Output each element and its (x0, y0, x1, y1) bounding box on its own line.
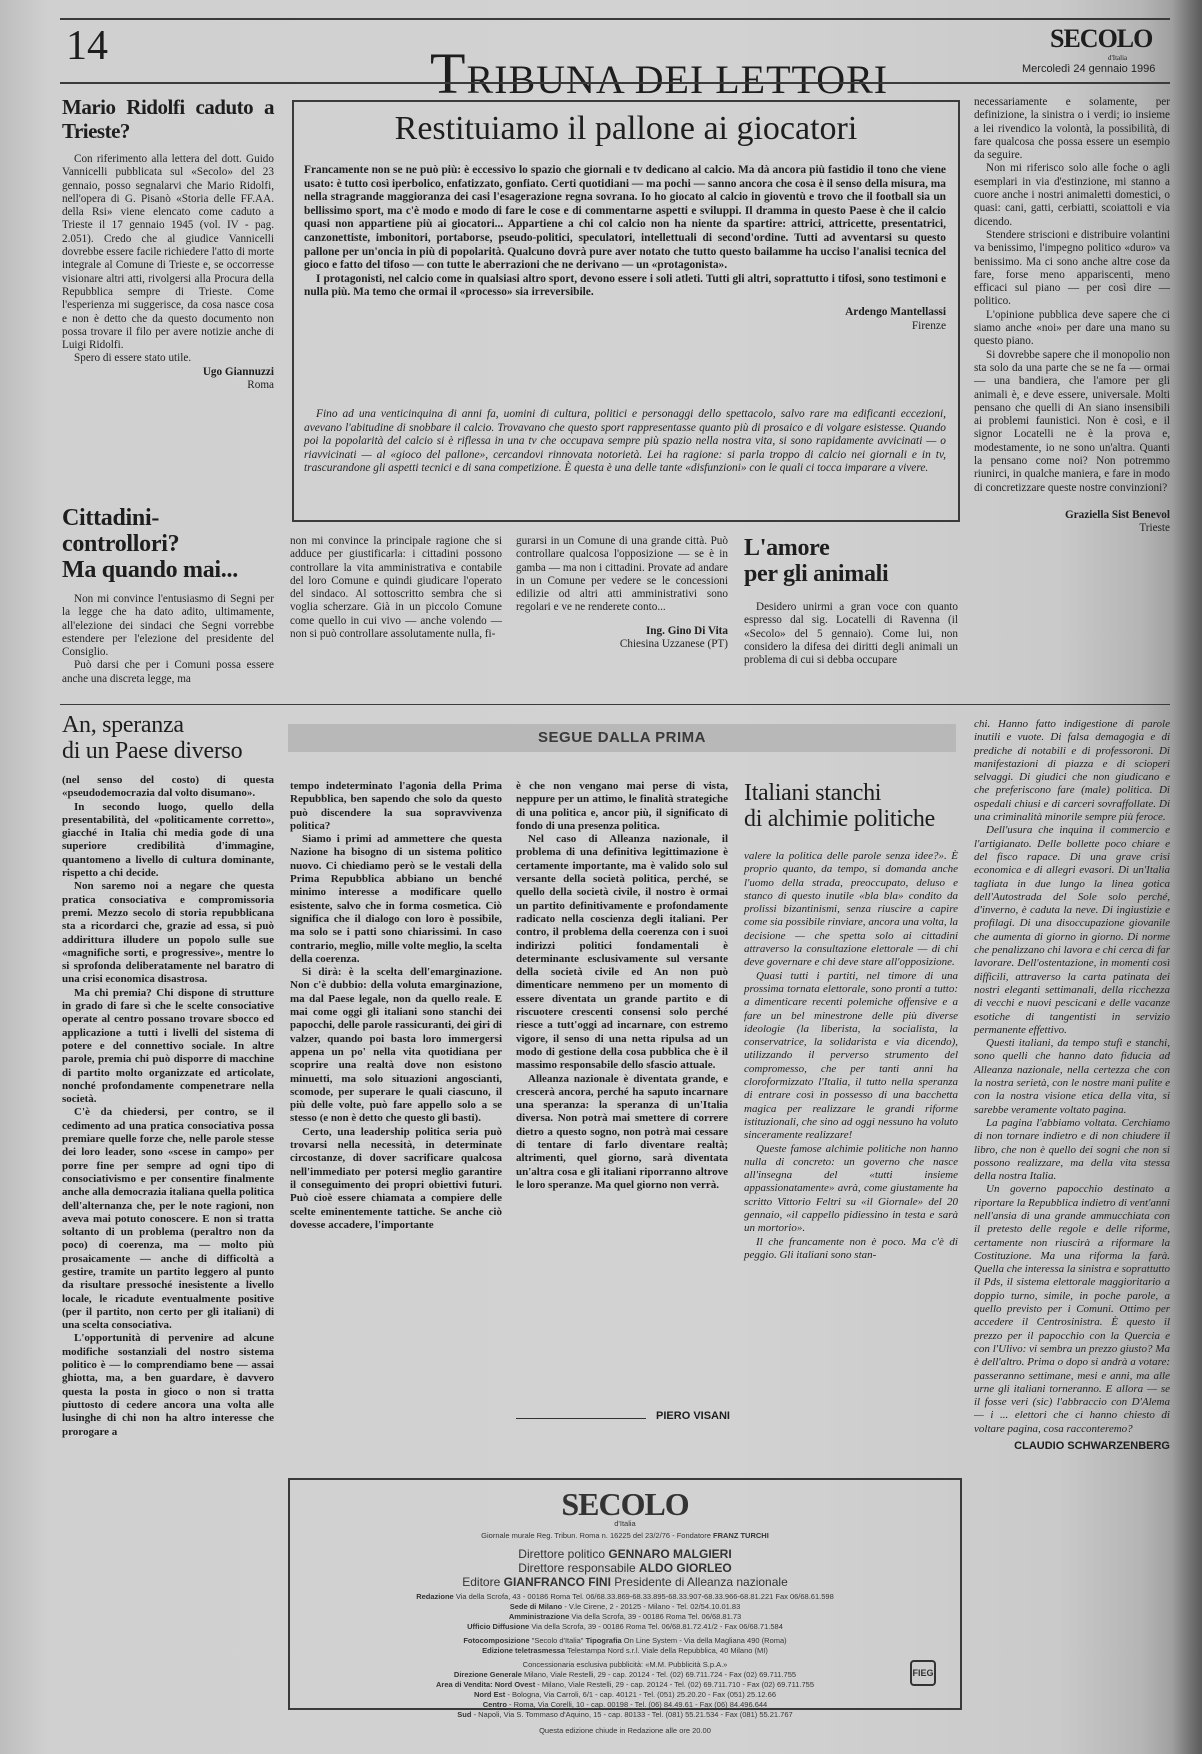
editor-reply: Fino ad una venticinquina di anni fa, uo… (304, 408, 946, 476)
imprint-closing: Questa edizione chiude in Redazione alle… (290, 1726, 960, 1736)
article-paragraph: (nel senso del costo) di questa «pseudod… (62, 774, 274, 801)
letter-place: Chiesina Uzzanese (PT) (516, 638, 728, 651)
article-paragraph: C'è da chiedersi, per contro, se il cedi… (62, 1106, 274, 1332)
article-paragraph: Certo, una leadership politica seria può… (290, 1126, 502, 1232)
imprint-print-line: Fotocomposizione "Secolo d'Italia" Tipog… (290, 1636, 960, 1646)
imprint-print-line: Edizione teletrasmessa Telestampa Nord s… (290, 1646, 960, 1656)
letter-paragraph: L'opinione pubblica deve sapere che ci s… (974, 309, 1170, 349)
imprint-ads-line: Direzione Generale Milano, Viale Restell… (290, 1670, 960, 1680)
letter-paragraph: Si dovrebbe sapere che il monopolio non … (974, 349, 1170, 495)
letter-paragraph: Con riferimento alla lettera del dott. G… (62, 153, 274, 352)
article-paragraph: Il che francamente non è poco. Ma c'è di… (744, 1236, 958, 1263)
imprint-address-line: Ufficio Diffusione Via della Scrofa, 39 … (290, 1622, 960, 1632)
article-paragraph: L'opportunità di pervenire ad alcune mod… (62, 1332, 274, 1438)
letter-animali-col2: necessariamente e solamente, per definiz… (974, 96, 1170, 536)
article-an-col2: tempo indeterminato l'agonia della Prima… (290, 780, 502, 1232)
article-paragraph: Ma chi premia? Chi dispone di strutture … (62, 987, 274, 1107)
header-bottom-rule (60, 82, 1170, 84)
article-paragraph: è che non vengano mai perse di vista, ne… (516, 780, 728, 833)
imprint-ads: Concessionaria esclusiva pubblicità: «M.… (290, 1660, 960, 1720)
letter-signature: Ugo Giannuzzi (62, 366, 274, 379)
letter-paragraph: Non mi riferisco solo alle foche o agli … (974, 162, 1170, 228)
imprint-address-line: Amministrazione Via della Scrofa, 39 - 0… (290, 1612, 960, 1622)
letter-animali-col1: L'amore per gli animali Desidero unirmi … (744, 535, 958, 667)
masthead-logo: SECOLO (1050, 24, 1152, 54)
header-top-rule (60, 18, 1170, 20)
imprint-ads-intro: Concessionaria esclusiva pubblicità: «M.… (290, 1660, 960, 1670)
letter-place: Roma (62, 379, 274, 392)
imprint-box: SECOLO d'Italia Giornale murale Reg. Tri… (288, 1478, 962, 1710)
imprint-publisher: Editore GIANFRANCO FINI Presidente di Al… (290, 1575, 960, 1589)
letter-signature: Ing. Gino Di Vita (516, 625, 728, 638)
featured-letter-body: Francamente non se ne può più: è eccessi… (304, 164, 946, 333)
imprint-address-line: Sede di Milano - V.le Cirene, 2 - 20125 … (290, 1602, 960, 1612)
imprint-logo-sub: d'Italia (290, 1519, 960, 1529)
article-paragraph: Alleanza nazionale è diventata grande, e… (516, 1073, 728, 1193)
letter-paragraph: non mi convince la principale ragione ch… (290, 535, 502, 641)
article-paragraph: chi. Hanno fatto indigestione di parole … (974, 718, 1170, 824)
letter-place: Firenze (304, 320, 946, 334)
article-paragraph: In secondo luogo, quello della presentab… (62, 801, 274, 881)
letter-title: Cittadini-controllori? Ma quando mai... (62, 505, 274, 583)
page-fold-shadow (1172, 0, 1202, 1754)
article-title: An, speranza di un Paese diverso (62, 712, 274, 764)
letter-cittadini-col3: gurarsi in un Comune di una grande città… (516, 535, 728, 651)
letter-paragraph: Stendere striscioni e distribuire volant… (974, 229, 1170, 309)
imprint-director-political: Direttore politico GENNARO MALGIERI (290, 1547, 960, 1561)
imprint-ads-line: Sud - Napoli, Via S. Tommaso d'Aquino, 1… (290, 1710, 960, 1720)
letter-paragraph: I protagonisti, nel calcio come in quals… (304, 273, 946, 300)
article-paragraph: La pagina l'abbiamo voltata. Cerchiamo d… (974, 1117, 1170, 1183)
article-italiani-col1: Italiani stanchi di alchimie politiche v… (744, 780, 958, 1262)
letter-title: L'amore per gli animali (744, 535, 958, 587)
page-number: 14 (66, 22, 108, 70)
article-title: Italiani stanchi di alchimie politiche (744, 780, 958, 832)
fieg-badge-icon: FIEG (910, 1660, 936, 1686)
article-paragraph: Dell'usura che inquina il commercio e l'… (974, 824, 1170, 1037)
imprint-ads-line: Centro - Roma, Via Corelli, 10 - cap. 00… (290, 1700, 960, 1710)
article-paragraph: Si dirà: è la scelta dell'emarginazione.… (290, 966, 502, 1126)
imprint-print: Fotocomposizione "Secolo d'Italia" Tipog… (290, 1636, 960, 1656)
article-author: PIERO VISANI (516, 1410, 730, 1422)
article-paragraph: Queste famose alchimie politiche non han… (744, 1143, 958, 1236)
article-paragraph: Siamo i primi ad ammettere che questa Na… (290, 833, 502, 966)
letter-title: Mario Ridolfi caduto a Trieste? (62, 95, 274, 143)
article-paragraph: Non saremo noi a negare che questa prati… (62, 880, 274, 986)
article-author: CLAUDIO SCHWARZENBERG (974, 1440, 1170, 1453)
article-paragraph: Questi italiani, da tempo stufi e stanch… (974, 1037, 1170, 1117)
article-paragraph: valere la politica delle parole senza id… (744, 850, 958, 970)
imprint-ads-line: Area di Vendita: Nord Ovest - Milano, Vi… (290, 1680, 960, 1690)
imprint-logo: SECOLO (290, 1486, 960, 1523)
imprint-address-line: Redazione Via della Scrofa, 43 - 00186 R… (290, 1592, 960, 1602)
letter-paragraph: Spero di essere stato utile. (62, 352, 274, 365)
letter-cittadini-col1: Cittadini-controllori? Ma quando mai... … (62, 505, 274, 686)
imprint-ads-line: Nord Est - Bologna, Via Carroli, 6/1 - c… (290, 1690, 960, 1700)
letter-paragraph: Francamente non se ne può più: è eccessi… (304, 164, 946, 273)
editor-reply-text: Fino ad una venticinquina di anni fa, uo… (304, 408, 946, 476)
masthead-sub: d'Italia (1108, 54, 1127, 62)
letter-paragraph: Desidero unirmi a gran voce con quanto e… (744, 601, 958, 667)
article-italiani-col2: chi. Hanno fatto indigestione di parole … (974, 718, 1170, 1453)
author-rule (516, 1418, 646, 1419)
featured-letter-box: Restituiamo il pallone ai giocatori Fran… (292, 100, 960, 522)
article-paragraph: Un governo papocchio destinato a riporta… (974, 1183, 1170, 1436)
letter-paragraph: gurarsi in un Comune di una grande città… (516, 535, 728, 615)
article-an-col1: An, speranza di un Paese diverso (nel se… (62, 712, 274, 1439)
article-paragraph: Nel caso di Alleanza nazionale, il probl… (516, 833, 728, 1072)
letter-place: Trieste (974, 522, 1170, 535)
letter-ridolfi: Mario Ridolfi caduto a Trieste? Con rife… (62, 95, 274, 392)
letter-paragraph: Può darsi che per i Comuni possa essere … (62, 659, 274, 686)
letter-cittadini-col2: non mi convince la principale ragione ch… (290, 535, 502, 641)
article-paragraph: tempo indeterminato l'agonia della Prima… (290, 780, 502, 833)
article-an-col3: è che non vengano mai perse di vista, ne… (516, 780, 728, 1192)
section-divider (60, 704, 1170, 705)
letter-signature: Ardengo Mantellassi (304, 306, 946, 320)
article-paragraph: Quasi tutti i partiti, nel timore di una… (744, 970, 958, 1143)
imprint-addresses: Redazione Via della Scrofa, 43 - 00186 R… (290, 1592, 960, 1632)
imprint-registration: Giornale murale Reg. Tribun. Roma n. 162… (290, 1531, 960, 1541)
segue-banner: SEGUE DALLA PRIMA (288, 724, 956, 752)
issue-date: Mercoledì 24 gennaio 1996 (1022, 63, 1155, 75)
newspaper-page: 14 TRIBUNA DEI LETTORI SECOLO d'Italia M… (0, 0, 1202, 1754)
imprint-director-responsible: Direttore responsabile ALDO GIORLEO (290, 1561, 960, 1575)
section-title: TRIBUNA DEI LETTORI (430, 40, 888, 107)
letter-paragraph: Non mi convince l'entusiasmo di Segni pe… (62, 593, 274, 659)
letter-signature: Graziella Sist Benevol (974, 509, 1170, 522)
featured-letter-title: Restituiamo il pallone ai giocatori (294, 110, 958, 148)
letter-paragraph: necessariamente e solamente, per definiz… (974, 96, 1170, 162)
